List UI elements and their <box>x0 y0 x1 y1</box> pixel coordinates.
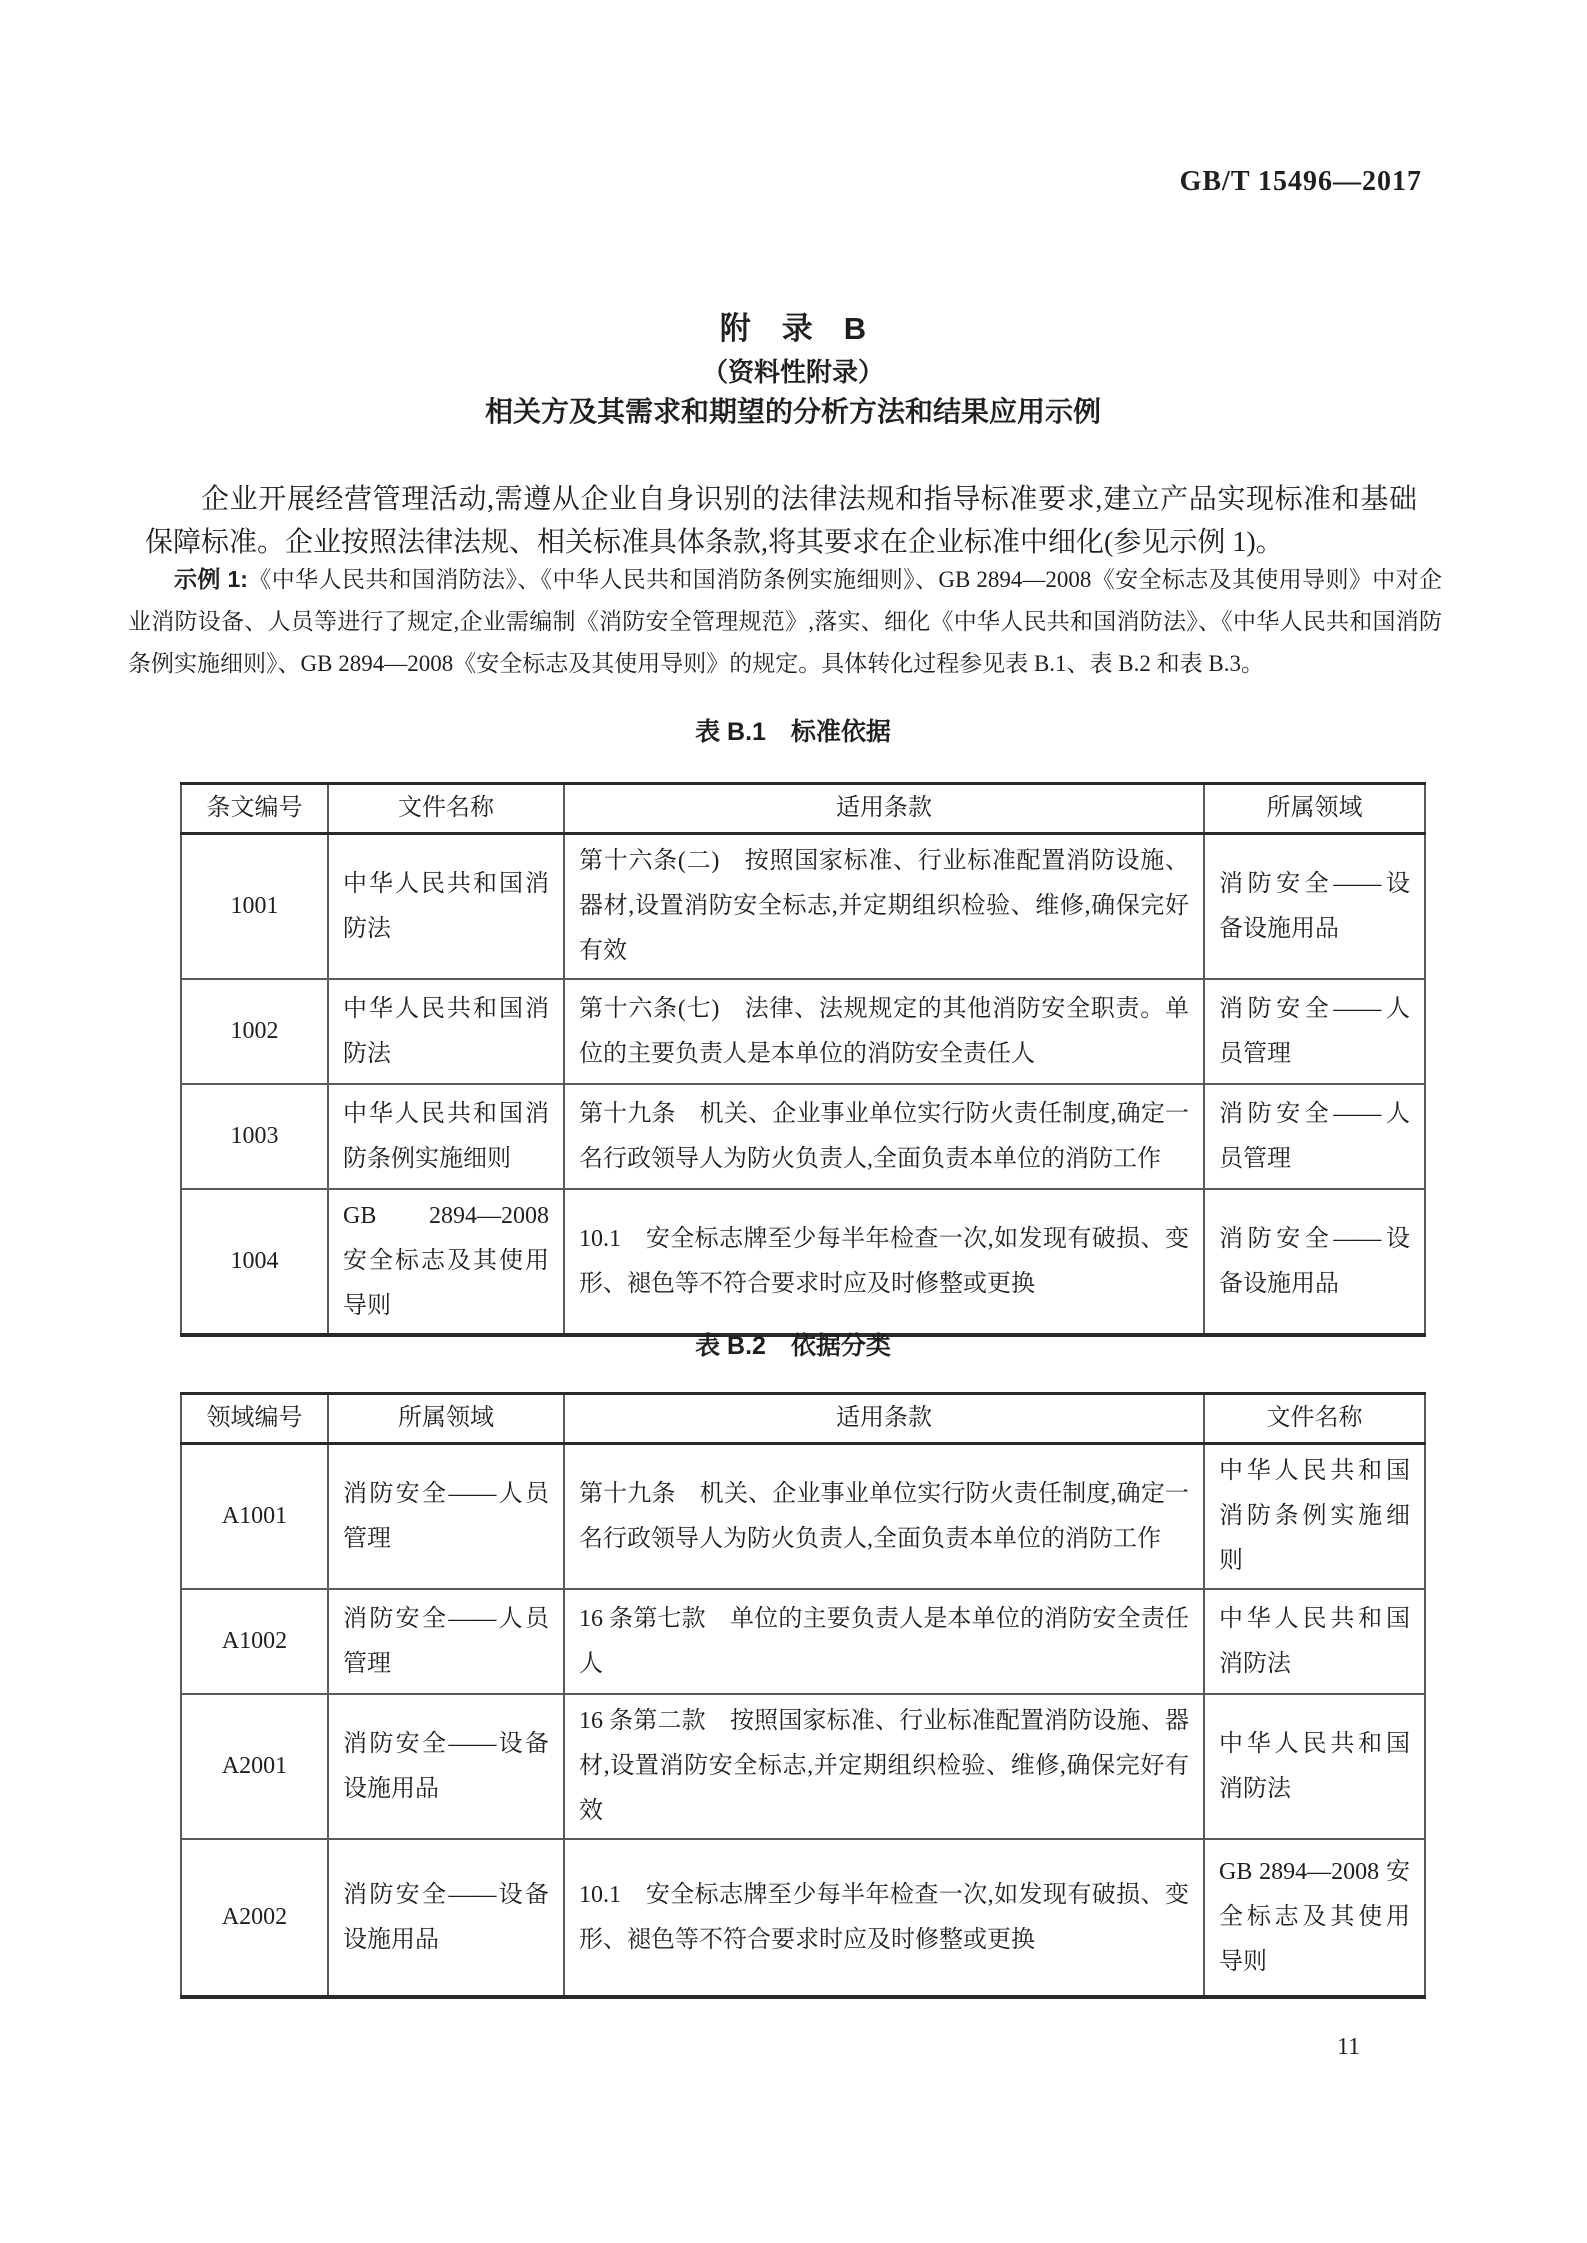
table-row: 1002中华人民共和国消防法第十六条(七) 法律、法规规定的其他消防安全职责。单… <box>181 979 1425 1084</box>
table-cell: A2002 <box>181 1839 328 1997</box>
table-cell: 中华人民共和国消防法 <box>328 979 564 1084</box>
table-cell: 16 条第七款 单位的主要负责人是本单位的消防安全责任人 <box>564 1589 1204 1694</box>
table-cell: A1002 <box>181 1589 328 1694</box>
column-header: 适用条款 <box>564 1394 1204 1444</box>
table-header-row: 条文编号文件名称适用条款所属领域 <box>181 784 1425 834</box>
table-cell: 第十六条(二) 按照国家标准、行业标准配置消防设施、器材,设置消防安全标志,并定… <box>564 834 1204 980</box>
table-cell: GB 2894—2008 安全标志及其使用导则 <box>1204 1839 1425 1997</box>
table-cell: 16 条第二款 按照国家标准、行业标准配置消防设施、器材,设置消防安全标志,并定… <box>564 1694 1204 1839</box>
table-row: A2002消防安全——设备设施用品10.1 安全标志牌至少每半年检查一次,如发现… <box>181 1839 1425 1997</box>
table-cell: 消防安全——人员管理 <box>1204 1084 1425 1189</box>
table-cell: 中华人民共和国消防法 <box>1204 1694 1425 1839</box>
intro-paragraph: 企业开展经营管理活动,需遵从企业自身识别的法律法规和指导标准要求,建立产品实现标… <box>145 478 1417 564</box>
table-cell: 10.1 安全标志牌至少每半年检查一次,如发现有破损、变形、褪色等不符合要求时应… <box>564 1839 1204 1997</box>
table-cell: 1004 <box>181 1189 328 1335</box>
standard-code-header: GB/T 15496—2017 <box>1180 166 1422 198</box>
table-cell: 消防安全——人员管理 <box>328 1589 564 1694</box>
table-cell: 中华人民共和国消防法 <box>328 834 564 980</box>
table-row: A1001消防安全——人员管理第十九条 机关、企业事业单位实行防火责任制度,确定… <box>181 1444 1425 1590</box>
table-b1-caption: 表 B.1 标准依据 <box>143 712 1443 748</box>
document-page: { "page": { "standard_code": "GB/T 15496… <box>0 0 1587 2243</box>
page-number: 11 <box>1337 2034 1360 2061</box>
table-cell: 消防安全——设备设施用品 <box>1204 1189 1425 1335</box>
table-row: 1003中华人民共和国消防条例实施细则第十九条 机关、企业事业单位实行防火责任制… <box>181 1084 1425 1189</box>
example-paragraph: 示例 1:《中华人民共和国消防法》、《中华人民共和国消防条例实施细则》、GB 2… <box>128 558 1442 685</box>
table-cell: 中华人民共和国消防条例实施细则 <box>1204 1444 1425 1590</box>
table-cell: 消防安全——设备设施用品 <box>328 1839 564 1997</box>
appendix-title: 附 录 B <box>143 303 1443 348</box>
table-row: 1004GB 2894—2008 安全标志及其使用导则10.1 安全标志牌至少每… <box>181 1189 1425 1335</box>
table-cell: GB 2894—2008 安全标志及其使用导则 <box>328 1189 564 1335</box>
table-row: 1001中华人民共和国消防法第十六条(二) 按照国家标准、行业标准配置消防设施、… <box>181 834 1425 980</box>
table-cell: 消防安全——设备设施用品 <box>328 1694 564 1839</box>
table-cell: 1001 <box>181 834 328 980</box>
table-cell: 第十九条 机关、企业事业单位实行防火责任制度,确定一名行政领导人为防火负责人,全… <box>564 1084 1204 1189</box>
table-cell: 1003 <box>181 1084 328 1189</box>
table-cell: 消防安全——人员管理 <box>328 1444 564 1590</box>
column-header: 文件名称 <box>328 784 564 834</box>
column-header: 文件名称 <box>1204 1394 1425 1444</box>
appendix-heading: 相关方及其需求和期望的分析方法和结果应用示例 <box>143 390 1443 430</box>
appendix-subtitle: （资料性附录） <box>143 352 1443 389</box>
table-b1: 条文编号文件名称适用条款所属领域 1001中华人民共和国消防法第十六条(二) 按… <box>180 782 1426 1337</box>
example-text: 《中华人民共和国消防法》、《中华人民共和国消防条例实施细则》、GB 2894—2… <box>128 567 1442 676</box>
table-b2: 领域编号所属领域适用条款文件名称 A1001消防安全——人员管理第十九条 机关、… <box>180 1392 1426 1999</box>
table-cell: 中华人民共和国消防法 <box>1204 1589 1425 1694</box>
column-header: 领域编号 <box>181 1394 328 1444</box>
table-cell: 消防安全——人员管理 <box>1204 979 1425 1084</box>
table-b2-caption: 表 B.2 依据分类 <box>143 1326 1443 1362</box>
column-header: 适用条款 <box>564 784 1204 834</box>
table-header-row: 领域编号所属领域适用条款文件名称 <box>181 1394 1425 1444</box>
table-cell: A1001 <box>181 1444 328 1590</box>
table-row: A2001消防安全——设备设施用品16 条第二款 按照国家标准、行业标准配置消防… <box>181 1694 1425 1839</box>
table-row: A1002消防安全——人员管理16 条第七款 单位的主要负责人是本单位的消防安全… <box>181 1589 1425 1694</box>
column-header: 条文编号 <box>181 784 328 834</box>
table-cell: A2001 <box>181 1694 328 1839</box>
column-header: 所属领域 <box>328 1394 564 1444</box>
table-cell: 消防安全——设备设施用品 <box>1204 834 1425 980</box>
column-header: 所属领域 <box>1204 784 1425 834</box>
table-cell: 1002 <box>181 979 328 1084</box>
table-cell: 第十六条(七) 法律、法规规定的其他消防安全职责。单位的主要负责人是本单位的消防… <box>564 979 1204 1084</box>
table-cell: 第十九条 机关、企业事业单位实行防火责任制度,确定一名行政领导人为防火负责人,全… <box>564 1444 1204 1590</box>
table-cell: 中华人民共和国消防条例实施细则 <box>328 1084 564 1189</box>
example-label: 示例 1: <box>174 566 248 592</box>
table-cell: 10.1 安全标志牌至少每半年检查一次,如发现有破损、变形、褪色等不符合要求时应… <box>564 1189 1204 1335</box>
